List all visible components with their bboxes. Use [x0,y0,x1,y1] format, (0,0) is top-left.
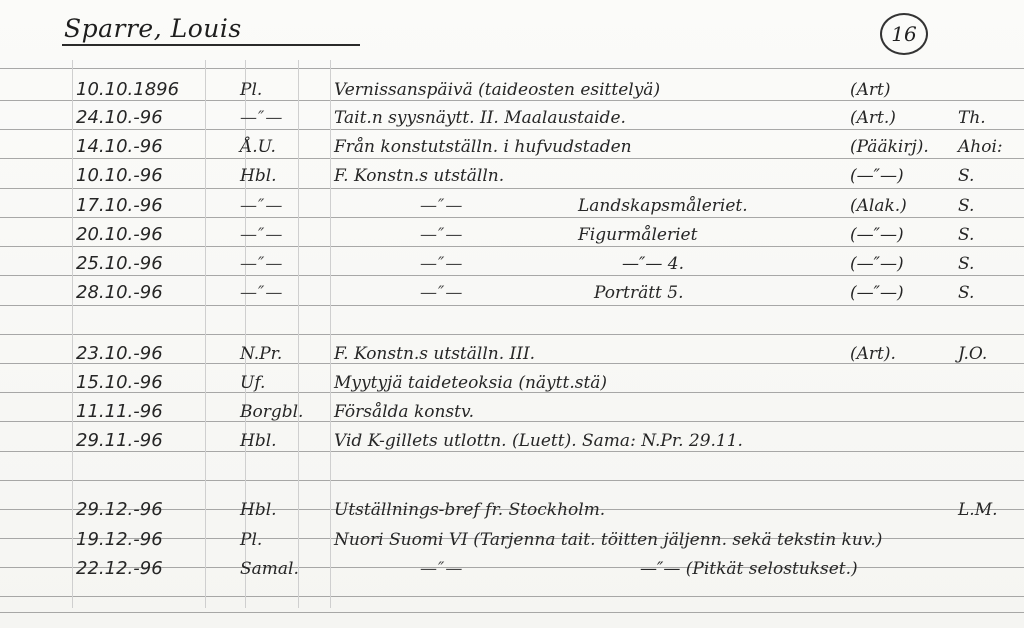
entry-title: Vernissanspäivä (taideosten esittelyä) [334,76,660,104]
entry-date: 15.10.-96 [76,369,163,397]
entry-title: —″— [420,250,463,278]
entry-title: Tait.n syysnäytt. II. Maalaustaide. [334,104,626,132]
entry-category: (Pääkirj). [850,133,929,161]
entry-signature: J.O. [958,340,987,368]
entry-source: —″— [240,279,283,307]
ruled-line [0,68,1024,69]
entry-date: 11.11.-96 [76,398,163,426]
entry-date: 24.10.-96 [76,104,163,132]
entry-title: —″— [420,192,463,220]
entry-date: 19.12.-96 [76,526,163,554]
entry-row: 19.12.-96Pl.Nuori Suomi VI (Tarjenna tai… [0,526,1024,554]
entry-date: 17.10.-96 [76,192,163,220]
entry-category: (—″—) [850,162,904,190]
entry-row: 22.12.-96Samal.—″——″— (Pitkät selostukse… [0,555,1024,583]
entry-row: 24.10.-96—″—Tait.n syysnäytt. II. Maalau… [0,104,1024,132]
entry-date: 20.10.-96 [76,221,163,249]
entry-source: Samal. [240,555,299,583]
entry-date: 14.10.-96 [76,133,163,161]
entry-signature: S. [958,162,974,190]
entry-date: 23.10.-96 [76,340,163,368]
entry-category: (Art) [850,76,891,104]
entry-date: 29.12.-96 [76,496,163,524]
entry-category: (Art.) [850,104,896,132]
entry-row [0,308,1024,336]
entry-source: —″— [240,192,283,220]
entry-source: Pl. [240,526,262,554]
entry-signature: Ahoi: [958,133,1003,161]
entry-date: 10.10.-96 [76,162,163,190]
entry-row: 10.10.-96Hbl.F. Konstn.s utställn.(—″—)S… [0,162,1024,190]
entry-row: 29.12.-96Hbl.Utställnings-bref fr. Stock… [0,496,1024,524]
entry-row: 29.11.-96Hbl.Vid K-gillets utlottn. (Lue… [0,427,1024,455]
entry-title: Från konstutställn. i hufvudstaden [334,133,632,161]
entry-row: 25.10.-96—″——″——″— 4.(—″—)S. [0,250,1024,278]
entry-signature: S. [958,279,974,307]
entry-row: 23.10.-96N.Pr.F. Konstn.s utställn. III.… [0,340,1024,368]
entry-title: —″— [420,279,463,307]
entry-source: Hbl. [240,162,277,190]
entry-date: 29.11.-96 [76,427,163,455]
entry-source: Å.U. [240,133,276,161]
entry-source: Borgbl. [240,398,303,426]
entry-signature: S. [958,192,974,220]
entry-title: —″— [420,221,463,249]
entry-signature: S. [958,221,974,249]
entry-source: Hbl. [240,496,277,524]
entry-source: Pl. [240,76,262,104]
entry-signature: Th. [958,104,986,132]
entry-title: F. Konstn.s utställn. [334,162,504,190]
entry-title: Myytyjä taideteoksia (näytt.stä) [334,369,607,397]
entry-row: 11.11.-96Borgbl.Försålda konstv. [0,398,1024,426]
entry-signature: S. [958,250,974,278]
entry-row: 10.10.1896Pl.Vernissanspäivä (taideosten… [0,76,1024,104]
entry-date: 28.10.-96 [76,279,163,307]
entry-row: 17.10.-96—″——″—Landskapsmåleriet.(Alak.)… [0,192,1024,220]
ruled-line [0,596,1024,597]
entry-source: —″— [240,104,283,132]
entry-row: 14.10.-96Å.U.Från konstutställn. i hufvu… [0,133,1024,161]
entry-source: —″— [240,250,283,278]
entry-title: Utställnings-bref fr. Stockholm. [334,496,605,524]
entry-category: (—″—) [850,279,904,307]
entry-category: (—″—) [850,221,904,249]
entry-row: 20.10.-96—″——″—Figurmåleriet(—″—)S. [0,221,1024,249]
entry-source: Uf. [240,369,265,397]
entry-source: N.Pr. [240,340,282,368]
entry-row: 28.10.-96—″——″—Porträtt 5.(—″—)S. [0,279,1024,307]
page-number: 16 [891,22,916,46]
entry-title: F. Konstn.s utställn. III. [334,340,535,368]
card-heading-name: Sparre, Louis [64,14,242,43]
entry-source: —″— [240,221,283,249]
entry-source: Hbl. [240,427,277,455]
entry-extra: —″— 4. [622,250,684,278]
entry-title: Vid K-gillets utlottn. (Luett). Sama: N.… [334,427,743,455]
page-number-badge: 16 [880,13,928,55]
entry-date: 22.12.-96 [76,555,163,583]
entry-title: —″— [420,555,463,583]
entry-extra: —″— (Pitkät selostukset.) [640,555,858,583]
entry-row [0,456,1024,484]
entry-category: (Alak.) [850,192,907,220]
entry-extra: Figurmåleriet [578,221,697,249]
ruled-line [0,612,1024,613]
entry-signature: L.M. [958,496,998,524]
entry-date: 10.10.1896 [76,76,179,104]
entry-title: Nuori Suomi VI (Tarjenna tait. töitten j… [334,526,882,554]
entry-date: 25.10.-96 [76,250,163,278]
entry-category: (—″—) [850,250,904,278]
entry-row: 15.10.-96Uf.Myytyjä taideteoksia (näytt.… [0,369,1024,397]
index-card: Sparre, Louis 16 10.10.1896Pl.Vernissans… [0,0,1024,628]
entry-category: (Art). [850,340,896,368]
heading-underline [62,44,360,46]
entry-title: Försålda konstv. [334,398,474,426]
entry-extra: Porträtt 5. [594,279,684,307]
entry-extra: Landskapsmåleriet. [578,192,748,220]
